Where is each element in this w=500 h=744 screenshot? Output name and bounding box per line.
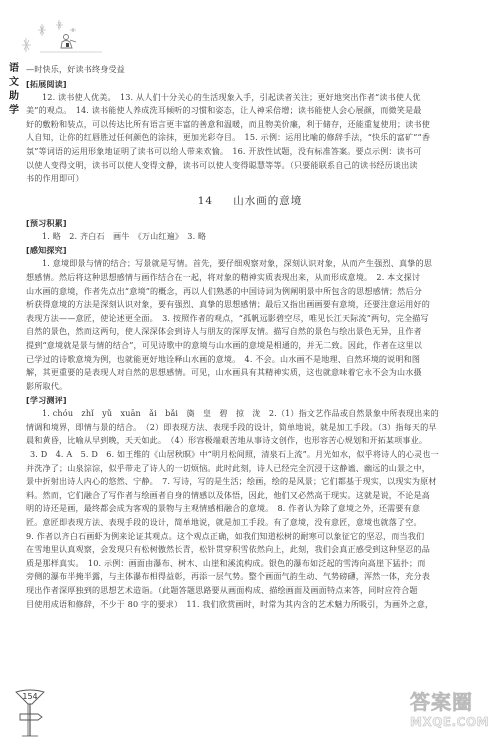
chapter-name: 山水画的意境: [233, 195, 302, 207]
section-tag-expand-reading: [拓展阅读]: [26, 77, 474, 91]
page-number-badge: 154: [12, 688, 48, 738]
subject-side-label: 语 文 助 学: [6, 62, 22, 118]
watermark-logo-text: 答案圈: [410, 690, 496, 714]
text-line: 想感情。然后将这种思想感情与画作结合在一起，将对象的精神实质表现出来，从而形成意…: [26, 271, 474, 285]
text-line: 1. 略 2. 齐白石 画牛 《万山红遍》 3. 略: [26, 230, 474, 244]
section-tag-perception: [感知探究]: [26, 243, 474, 257]
text-line: 12. 读书使人优美。 13. 从人们十分关心的生活现象入手，引起读者关注；更好…: [26, 91, 474, 105]
text-line: 料。然而，它们融合了写作者与绘画者自身的情感以及体悟，因此，他们又必然高于现实。…: [26, 489, 474, 503]
section-tag-assessment: [学习测评]: [26, 393, 474, 407]
text-line: 旁侧的瀑布半掩半露，与主体瀑布相得益彰，再添一层气势。整个画面气韵生动、气势磅礴…: [26, 570, 474, 584]
assessment-body: 1. chóu zhǐ yǔ xuān ǎi bǎi 旖 皇 碧 掠 泷 2.（…: [26, 407, 474, 611]
text-line: 影所取代。: [26, 380, 474, 394]
side-label-char: 学: [6, 104, 22, 118]
text-line: 提到“意境就是景与情的结合”，可见诗歌中的意境与山水画的意境是相通的，并无二致。…: [26, 339, 474, 353]
side-label-char: 助: [6, 90, 22, 104]
page-number: 154: [22, 692, 37, 701]
text-line: 现出作者深厚独到的思想艺术造诣。（此题答题思路要从画面构成、描绘画面及画面特点来…: [26, 584, 474, 598]
answer-content: —时快乐，好读书终身受益 [拓展阅读] 12. 读书使人优美。 13. 从人们十…: [26, 63, 474, 611]
header-decoration: [10, 10, 120, 58]
text-line: 情调和境界，即情与景的结合。 （2）即表现方法、表现手段的设计，简单地说，就是加…: [26, 421, 474, 435]
text-line: 匠。意匠即表现方法、表现手段的设计，简单地说，就是加工手段。有了意境，没有意匠，…: [26, 516, 474, 530]
text-line: 1. 意境即景与情的结合；写景就是写情。首先，要仔细观察对象，深刻认识对象，从而…: [26, 257, 474, 271]
text-line: 山水画的意境，作者先点出“意境”的概念，再以人们熟悉的中国诗词为例阐明景中所包含…: [26, 285, 474, 299]
expand-reading-body: 12. 读书使人优美。 13. 从人们十分关心的生活现象入手，引起读者关注；更好…: [26, 91, 474, 186]
text-line: 析获得意境的方法是深刻认识对象，要有强烈、真挚的思想感情；最后又指出画画要有意境…: [26, 298, 474, 312]
watermark: 答案圈 MXQE.COM: [410, 690, 496, 740]
text-line: 氛”等词语的运用形象地证明了读书可以给人带来欢愉。 16. 开放性试题，没有标准…: [26, 145, 474, 159]
perception-body: 1. 意境即景与情的结合；写景就是写情。首先，要仔细观察对象，深刻认识对象，从而…: [26, 257, 474, 393]
text-line: 景中折射出诗人内心的悠然、宁静。 7. 写诗，写的是生活；绘画，绘的是风景；它们…: [26, 475, 474, 489]
section-tag-preview: [预习积累]: [26, 216, 474, 230]
stars-and-figure-icon: [10, 10, 120, 58]
text-line: 人自知，让你的红唇胜过任何颜色的涂抹，更加光彩夺目。 15. 示例：运用比喻的修…: [26, 131, 474, 145]
text-line: 以使人变得文明，读书可以使人变得文静，读书可以使人变得聪慧等等。（只要能联系自己…: [26, 159, 474, 173]
text-line: 3. D 4. A 5. D 6. 如王维的《山居秋暝》中“明月松间照，清泉石上…: [26, 448, 474, 462]
text-line: 已学过的诗歌意境为例，也就能更好地诠释山水画的意境。 4. 不会。山水画不是地理…: [26, 353, 474, 367]
chapter-title: 14 山水画的意境: [26, 186, 474, 216]
text-line: 9. 作者以齐白石画虾为例来论证其观点。这个观点正确，如我们知道松树的耐寒可以象…: [26, 530, 474, 544]
text-line: 表现方法——意匠，使论述更全面。 3. 按照作者的观点，“孤帆远影碧空尽，唯见长…: [26, 312, 474, 326]
text-line: 在雪地里认真观察，会发现只有松树傲然长青，松针贯穿积雪依然向上，此刻，我们会真正…: [26, 543, 474, 557]
text-line: 目使用成语和修辞，不少于 80 字的要求） 11. 我们欣赏画时，时常为其内含的…: [26, 598, 474, 612]
chapter-number: 14: [198, 195, 213, 207]
intro-line: —时快乐，好读书终身受益: [26, 63, 474, 77]
text-line: 1. chóu zhǐ yǔ xuān ǎi bǎi 旖 皇 碧 掠 泷 2.（…: [26, 407, 474, 421]
text-line: 解，其更重要的是表现人对自然的思想感情。可见，山水画具有其精神实质，这也就意味着…: [26, 366, 474, 380]
text-line: 自然的景色，然而这两句，使人深深体会到诗人与朋友的深厚友情。描写自然的景色与绘出…: [26, 325, 474, 339]
text-line: 质是那样真实。 10. 示例：画面由瀑布、树木、山崖和溪流构成。银色的瀑布如泛起…: [26, 557, 474, 571]
side-label-char: 文: [6, 76, 22, 90]
text-line: 明的诗还是画，最终都会成为客观的景物与主观情感相融合的意境。 8. 作者认为除了…: [26, 502, 474, 516]
text-line: 晨和黄昏，比喻从早到晚，天天如此。 （4）形容极端艰苦地从事诗文创作，也形容苦心…: [26, 434, 474, 448]
watermark-url: MXQE.COM: [410, 714, 496, 730]
text-line: 书的作用即可）: [26, 172, 474, 186]
side-label-char: 语: [6, 62, 22, 76]
text-line: 好的敷粉和装点，可以传达比所有语言更丰富的善意和温暖，而且物美价廉，利于储存，还…: [26, 118, 474, 132]
text-line: 并洗净了；山泉淙淙，似乎带走了诗人的一切烦恼。此时此刻，诗人已经完全沉浸于这静谧…: [26, 462, 474, 476]
signpost-icon: 154: [12, 688, 48, 738]
text-line: 美”的观点。 14. 读书能使人养成洗耳倾听的习惯和姿态，让人神采倍增；读书能使…: [26, 104, 474, 118]
